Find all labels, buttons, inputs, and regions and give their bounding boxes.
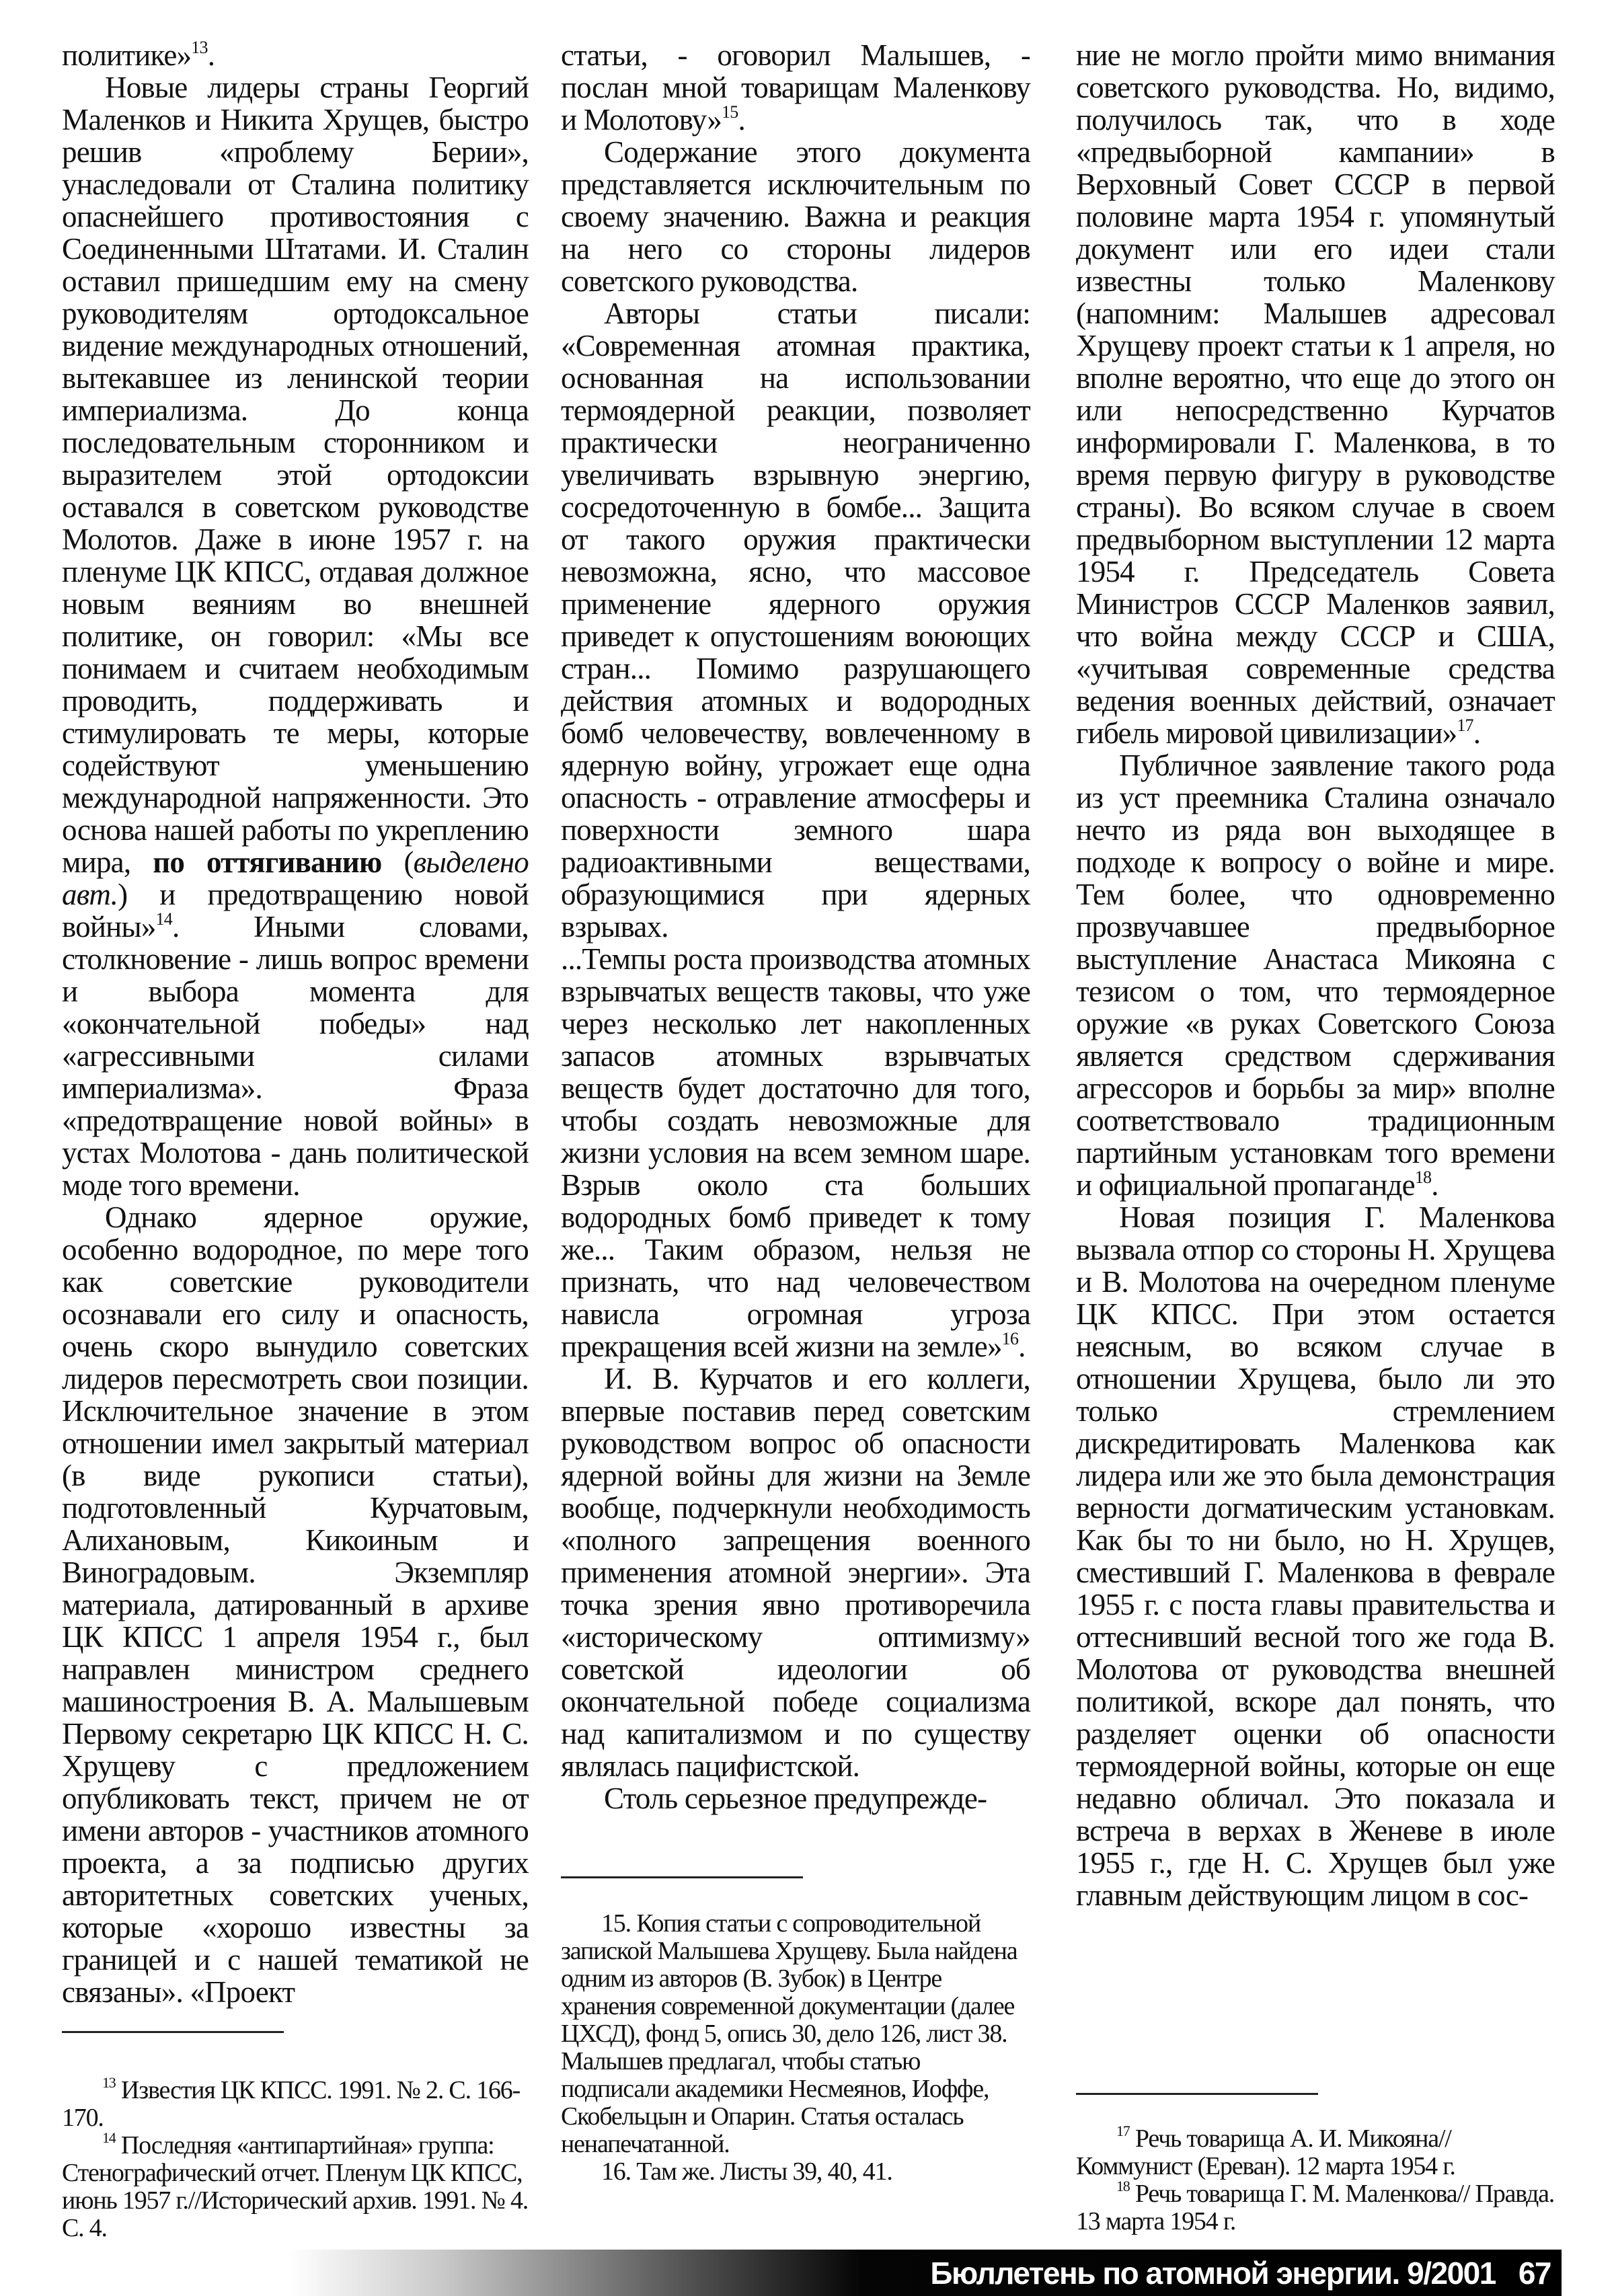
footnote-text: Известия ЦК КПСС. 1991. № 2. С. 166-170. xyxy=(62,2076,520,2132)
footnotes-middle: 15. Копия статьи с сопроводительной запи… xyxy=(561,1910,1030,2186)
paragraph-text: ние не могло пройти мимо внимания советс… xyxy=(1076,38,1555,750)
paragraph: ние не могло пройти мимо внимания советс… xyxy=(1076,39,1555,749)
footnote-text: Речь товарища А. И. Микояна// Коммунист … xyxy=(1076,2125,1455,2180)
paragraph-text: ...Темпы роста производства атомных взры… xyxy=(561,942,1030,1363)
quote-paragraph: Авторы статьи писали: «Современная атомн… xyxy=(561,297,1030,943)
paragraph-text: статьи, - оговорил Малышев, - послан мно… xyxy=(561,38,1030,137)
footnote-15: 15. Копия статьи с сопроводительной запи… xyxy=(561,1910,1030,2158)
paragraph-text: . Иными словами, столкновение - лишь воп… xyxy=(62,910,529,1202)
paragraph-text: Новая позиция Г. Маленкова вызвала отпор… xyxy=(1076,1200,1555,1912)
bold-emphasis: по оттягиванию xyxy=(153,845,381,879)
footnote-18: 18 Речь товарища Г. М. Маленкова// Правд… xyxy=(1076,2180,1555,2235)
page-number: 67 xyxy=(1519,2256,1551,2291)
footnote-number: 17 xyxy=(1116,2122,1130,2139)
paragraph-tail: . xyxy=(1018,1330,1025,1363)
article-column-middle: статьи, - оговорил Малышев, - послан мно… xyxy=(561,39,1030,1814)
paragraph-text: И. В. Курчатов и его коллеги, впервые по… xyxy=(561,1362,1030,1783)
paragraph: политике»13. xyxy=(62,39,529,71)
footnote-ref-16[interactable]: 16 xyxy=(1002,1329,1018,1348)
footnote-divider xyxy=(62,2031,284,2033)
footnote-number: 14 xyxy=(102,2129,116,2146)
footnote-17: 17 Речь товарища А. И. Микояна// Коммуни… xyxy=(1076,2125,1555,2180)
footnote-text: Копия статьи с сопроводительной запиской… xyxy=(561,1909,1017,2158)
paragraph-tail: . xyxy=(1431,1168,1438,1202)
paragraph: И. В. Курчатов и его коллеги, впервые по… xyxy=(561,1363,1030,1782)
paragraph-text: Столь серьезное предупрежде- xyxy=(604,1782,987,1815)
paragraph: Публичное заявление такого рода из уст п… xyxy=(1076,749,1555,1201)
footnote-ref-18[interactable]: 18 xyxy=(1415,1168,1431,1187)
paragraph: Столь серьезное предупрежде- xyxy=(561,1782,1030,1814)
paragraph: статьи, - оговорил Малышев, - послан мно… xyxy=(561,39,1030,136)
footnote-number: 13 xyxy=(102,2074,116,2091)
footnote-divider xyxy=(1076,2093,1318,2095)
paragraph-tail: . xyxy=(208,38,215,72)
footnotes-left: 13 Известия ЦК КПСС. 1991. № 2. С. 166-1… xyxy=(62,2077,529,2242)
paragraph-tail: . xyxy=(1473,716,1480,750)
footnote-14: 14 Последняя «антипартийная» группа: Сте… xyxy=(62,2132,529,2242)
footnote-number: 16. xyxy=(601,2157,631,2186)
footnote-number: 18 xyxy=(1116,2178,1130,2194)
paragraph: Содержание этого документа представляетс… xyxy=(561,136,1030,297)
footnote-16: 16. Там же. Листы 39, 40, 41. xyxy=(561,2158,1030,2186)
paragraph: Новая позиция Г. Маленкова вызвала отпор… xyxy=(1076,1201,1555,1911)
footnote-text: Там же. Листы 39, 40, 41. xyxy=(636,2157,892,2186)
footnotes-right: 17 Речь товарища А. И. Микояна// Коммуни… xyxy=(1076,2125,1555,2235)
journal-title: Бюллетень по атомной энергии. 9/2001 xyxy=(930,2256,1495,2291)
paragraph-text: Новые лидеры страны Георгий Маленков и Н… xyxy=(62,71,529,879)
footnote-number: 15. xyxy=(601,1909,631,1938)
paragraph-text: политике» xyxy=(62,38,191,72)
footer-text: Бюллетень по атомной энергии. 9/200167 xyxy=(930,2255,1551,2291)
paragraph-text: Авторы статьи писали: «Современная атомн… xyxy=(561,297,1030,944)
footnote-divider xyxy=(561,1876,803,1878)
footnote-ref-17[interactable]: 17 xyxy=(1457,716,1473,735)
quote-paragraph: ...Темпы роста производства атомных взры… xyxy=(561,943,1030,1363)
footnote-text: Речь товарища Г. М. Маленкова// Правда. … xyxy=(1076,2180,1554,2235)
paragraph-tail: . xyxy=(738,103,745,137)
article-column-left: политике»13. Новые лидеры страны Георгий… xyxy=(62,39,529,2008)
article-column-right: ние не могло пройти мимо внимания советс… xyxy=(1076,39,1555,1911)
footnote-13: 13 Известия ЦК КПСС. 1991. № 2. С. 166-1… xyxy=(62,2077,529,2132)
footnote-text: Последняя «антипартийная» группа: Стеног… xyxy=(62,2131,528,2242)
paragraph-text: Содержание этого документа представляетс… xyxy=(561,135,1030,298)
paragraph-text: Однако ядерное оружие, особенно водородн… xyxy=(62,1200,529,2009)
footnote-ref-14[interactable]: 14 xyxy=(156,909,172,929)
running-footer: Бюллетень по атомной энергии. 9/200167 xyxy=(289,2250,1562,2296)
paragraph-text: Публичное заявление такого рода из уст п… xyxy=(1076,749,1555,1202)
footnote-ref-13[interactable]: 13 xyxy=(191,38,207,57)
paragraph: Однако ядерное оружие, особенно водородн… xyxy=(62,1201,529,2008)
footnote-ref-15[interactable]: 15 xyxy=(722,102,738,122)
paragraph: Новые лидеры страны Георгий Маленков и Н… xyxy=(62,71,529,1201)
